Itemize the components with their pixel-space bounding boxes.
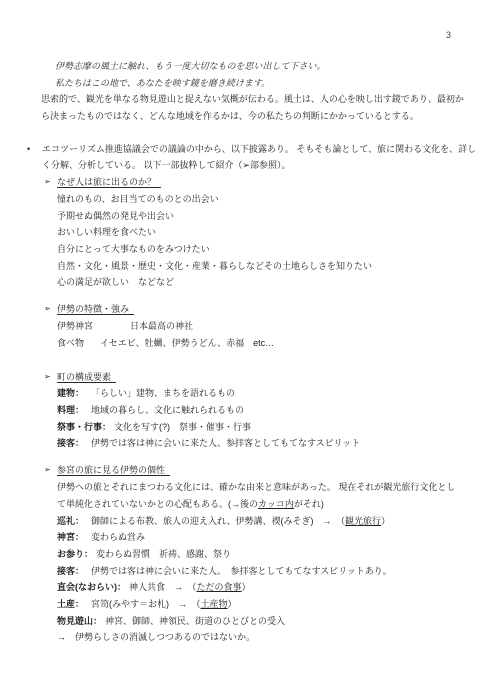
document-content: 伊勢志摩の風土に触れ、もう一度大切なものを思い出して下さい。 私たちはこの地で、…	[0, 0, 480, 646]
item-label: 建物：	[57, 385, 88, 402]
arrowhead-bullet-icon: ➢	[44, 462, 51, 479]
item-label: 土産：	[57, 596, 88, 613]
bullet-paragraph: • エコツーリズム推進協議会での議論の中から、以下披露あり。 そもそも論として、…	[42, 141, 480, 174]
list-item: 祭事・行事：文化を写す(?) 祭事・催事・行事	[57, 419, 480, 436]
item-text: 変わらぬ営み	[91, 532, 145, 542]
list-item: 自然・文化・風景・歴史・文化・産業・暮らしなどその土地らしさを知りたい	[57, 258, 480, 275]
section-heading-row: ➢ 町の構成要素	[57, 369, 480, 386]
bullet-icon: •	[27, 141, 30, 158]
underlined-term: 観光旅行	[345, 516, 381, 526]
list-item: お参り：変わらぬ習慣 祈祷、感謝、祭り	[57, 546, 480, 563]
list-item: 自分にとって大事なものをみつけたい	[57, 241, 480, 258]
item-label: 接客：	[57, 435, 88, 452]
list-item: 建物：「らしい」建物、まちを語れるもの	[57, 385, 480, 402]
list-item: 接客：伊勢では客は神に会いに来た人。 参拝客としてもてなすスピリットあり。	[57, 563, 480, 580]
section-ise-strengths: ➢ 伊勢の特徴・強み 伊勢神宮日本最高の神社 食べ物イセエビ、牡蠣、伊勢うどん、…	[57, 301, 480, 351]
arrowhead-bullet-icon: ➢	[44, 174, 51, 191]
item-label: 伊勢神宮	[57, 318, 127, 335]
item-label: 直会(なおらい)：	[57, 579, 126, 596]
list-item: おいしい料理を食べたい	[57, 224, 480, 241]
list-item: 物見遊山：神宮、御師、神領民、街道のひとびとの受入	[57, 613, 480, 630]
section-paragraph-line-2: て単純化されていないかとの心配もある。(→後のカッコ内がそれ)	[57, 496, 480, 513]
item-text: 変わらぬ習慣 祈祷、感謝、祭り	[96, 549, 231, 559]
list-item: 伊勢神宮日本最高の神社	[57, 318, 480, 335]
list-item: 巡礼：御師による布教、旅人の迎え入れ、伊勢講、禊(みそぎ) → （観光旅行）	[57, 513, 480, 530]
bullet-line-1: エコツーリズム推進協議会での議論の中から、以下披露あり。 そもそも論として、旅に…	[42, 141, 480, 158]
section-heading: 伊勢の特徴・強み	[57, 304, 134, 315]
list-item: 憧れのもの、お目当てのものとの出会い	[57, 191, 480, 208]
section-sangu-individuality: ➢ 参宮の旅に見る伊勢の個性 伊勢への旅とそれにまつわる文化には、確かな由来と意…	[57, 462, 480, 646]
section-heading-row: ➢ なぜ人は旅に出るのか？	[57, 174, 480, 191]
underlined-term: 土産物	[201, 599, 228, 609]
item-text: 御師による布教、旅人の迎え入れ、伊勢講、禊(みそぎ) → （	[91, 516, 345, 526]
item-label: お参り：	[57, 546, 93, 563]
list-item: 直会(なおらい)：神人共食 → （ただの食事）	[57, 579, 480, 596]
page-number: 3	[446, 30, 451, 40]
item-text: 地域の暮らし、文化に触れられるもの	[91, 405, 244, 415]
list-item: 予期せぬ偶然の発見や出会い	[57, 208, 480, 225]
list-item: 料理：地域の暮らし、文化に触れられるもの	[57, 402, 480, 419]
item-text: ）	[242, 582, 251, 592]
item-text: 伊勢では客は神に会いに来た人。 参拝客としてもてなすスピリットあり。	[91, 566, 392, 576]
intro-paragraph-line-1: 思索的で、観光を単なる物見遊山と捉えない気概が伝わる。風土は、人の心を映し出す鏡…	[41, 91, 480, 108]
section-heading: 町の構成要素	[57, 372, 116, 383]
section-heading: なぜ人は旅に出るのか？	[57, 177, 161, 188]
item-text: 「らしい」建物、まちを語れるもの	[91, 388, 235, 398]
quote-line-1: 伊勢志摩の風土に触れ、もう一度大切なものを思い出して下さい。	[55, 58, 480, 75]
arrowhead-bullet-icon: ➢	[44, 301, 51, 318]
item-label: 神宮：	[57, 529, 88, 546]
list-item: 食べ物イセエビ、牡蠣、伊勢うどん、赤福 etc…	[57, 335, 480, 352]
list-item: 神宮：変わらぬ営み	[57, 529, 480, 546]
item-label: 接客：	[57, 563, 88, 580]
intro-paragraph-line-2: ら決まったものではなく、どんな地域を作るかは、今の私たちの判断にかかっているとす…	[41, 108, 480, 125]
item-text: ）	[228, 599, 237, 609]
bullet-line-2: く分解、分析している。 以下一部抜粋して紹介（➢部参照）。	[42, 157, 480, 174]
section-heading-row: ➢ 参宮の旅に見る伊勢の個性	[57, 462, 480, 479]
underlined-term: ただの食事	[197, 582, 242, 592]
document-page: 3 伊勢志摩の風土に触れ、もう一度大切なものを思い出して下さい。 私たちはこの地…	[0, 0, 480, 679]
arrowhead-bullet-icon: ➢	[44, 369, 51, 386]
paragraph-text: がそれ)	[294, 499, 324, 509]
item-text: 神宮、御師、神領民、街道のひとびとの受入	[105, 616, 285, 626]
underlined-term: カッコ内	[258, 499, 294, 509]
item-text: ）	[381, 516, 390, 526]
section-paragraph-line-1: 伊勢への旅とそれにまつわる文化には、確かな由来と意味があった。 現在それが観光旅…	[57, 479, 480, 496]
conclusion-arrow-line: → 伊勢らしさの消滅しつつあるのではないか。	[57, 629, 480, 646]
section-heading-row: ➢ 伊勢の特徴・強み	[57, 301, 480, 318]
item-label: 料理：	[57, 402, 88, 419]
section-heading: 参宮の旅に見る伊勢の個性	[57, 465, 170, 476]
list-item: 心の満足が欲しい などなど	[57, 274, 480, 291]
section-town-elements: ➢ 町の構成要素 建物：「らしい」建物、まちを語れるもの 料理：地域の暮らし、文…	[57, 369, 480, 452]
paragraph-text: て単純化されていないかとの心配もある。(→後の	[57, 499, 258, 509]
list-item: 土産：宮笥(みやす＝お札) → （土産物）	[57, 596, 480, 613]
item-label: 祭事・行事：	[57, 419, 111, 436]
item-text: 文化を写す(?) 祭事・催事・行事	[114, 422, 251, 432]
item-label: 物見遊山：	[57, 613, 102, 630]
section-why-travel: ➢ なぜ人は旅に出るのか？ 憧れのもの、お目当てのものとの出会い 予期せぬ偶然の…	[57, 174, 480, 291]
item-text: 伊勢では客は神に会いに来た人、参拝客としてもてなすスピリット	[91, 438, 360, 448]
list-item: 接客：伊勢では客は神に会いに来た人、参拝客としてもてなすスピリット	[57, 435, 480, 452]
quote-line-2: 私たちはこの地で、あなたを映す鏡を磨き続けます。	[55, 75, 480, 92]
item-text: 宮笥(みやす＝お札) → （	[91, 599, 201, 609]
item-label: 食べ物	[57, 335, 97, 352]
item-label: 巡礼：	[57, 513, 88, 530]
item-text: 神人共食 → （	[129, 582, 197, 592]
item-text: イセエビ、牡蠣、伊勢うどん、赤福 etc…	[100, 338, 274, 348]
item-text: 日本最高の神社	[130, 321, 193, 331]
